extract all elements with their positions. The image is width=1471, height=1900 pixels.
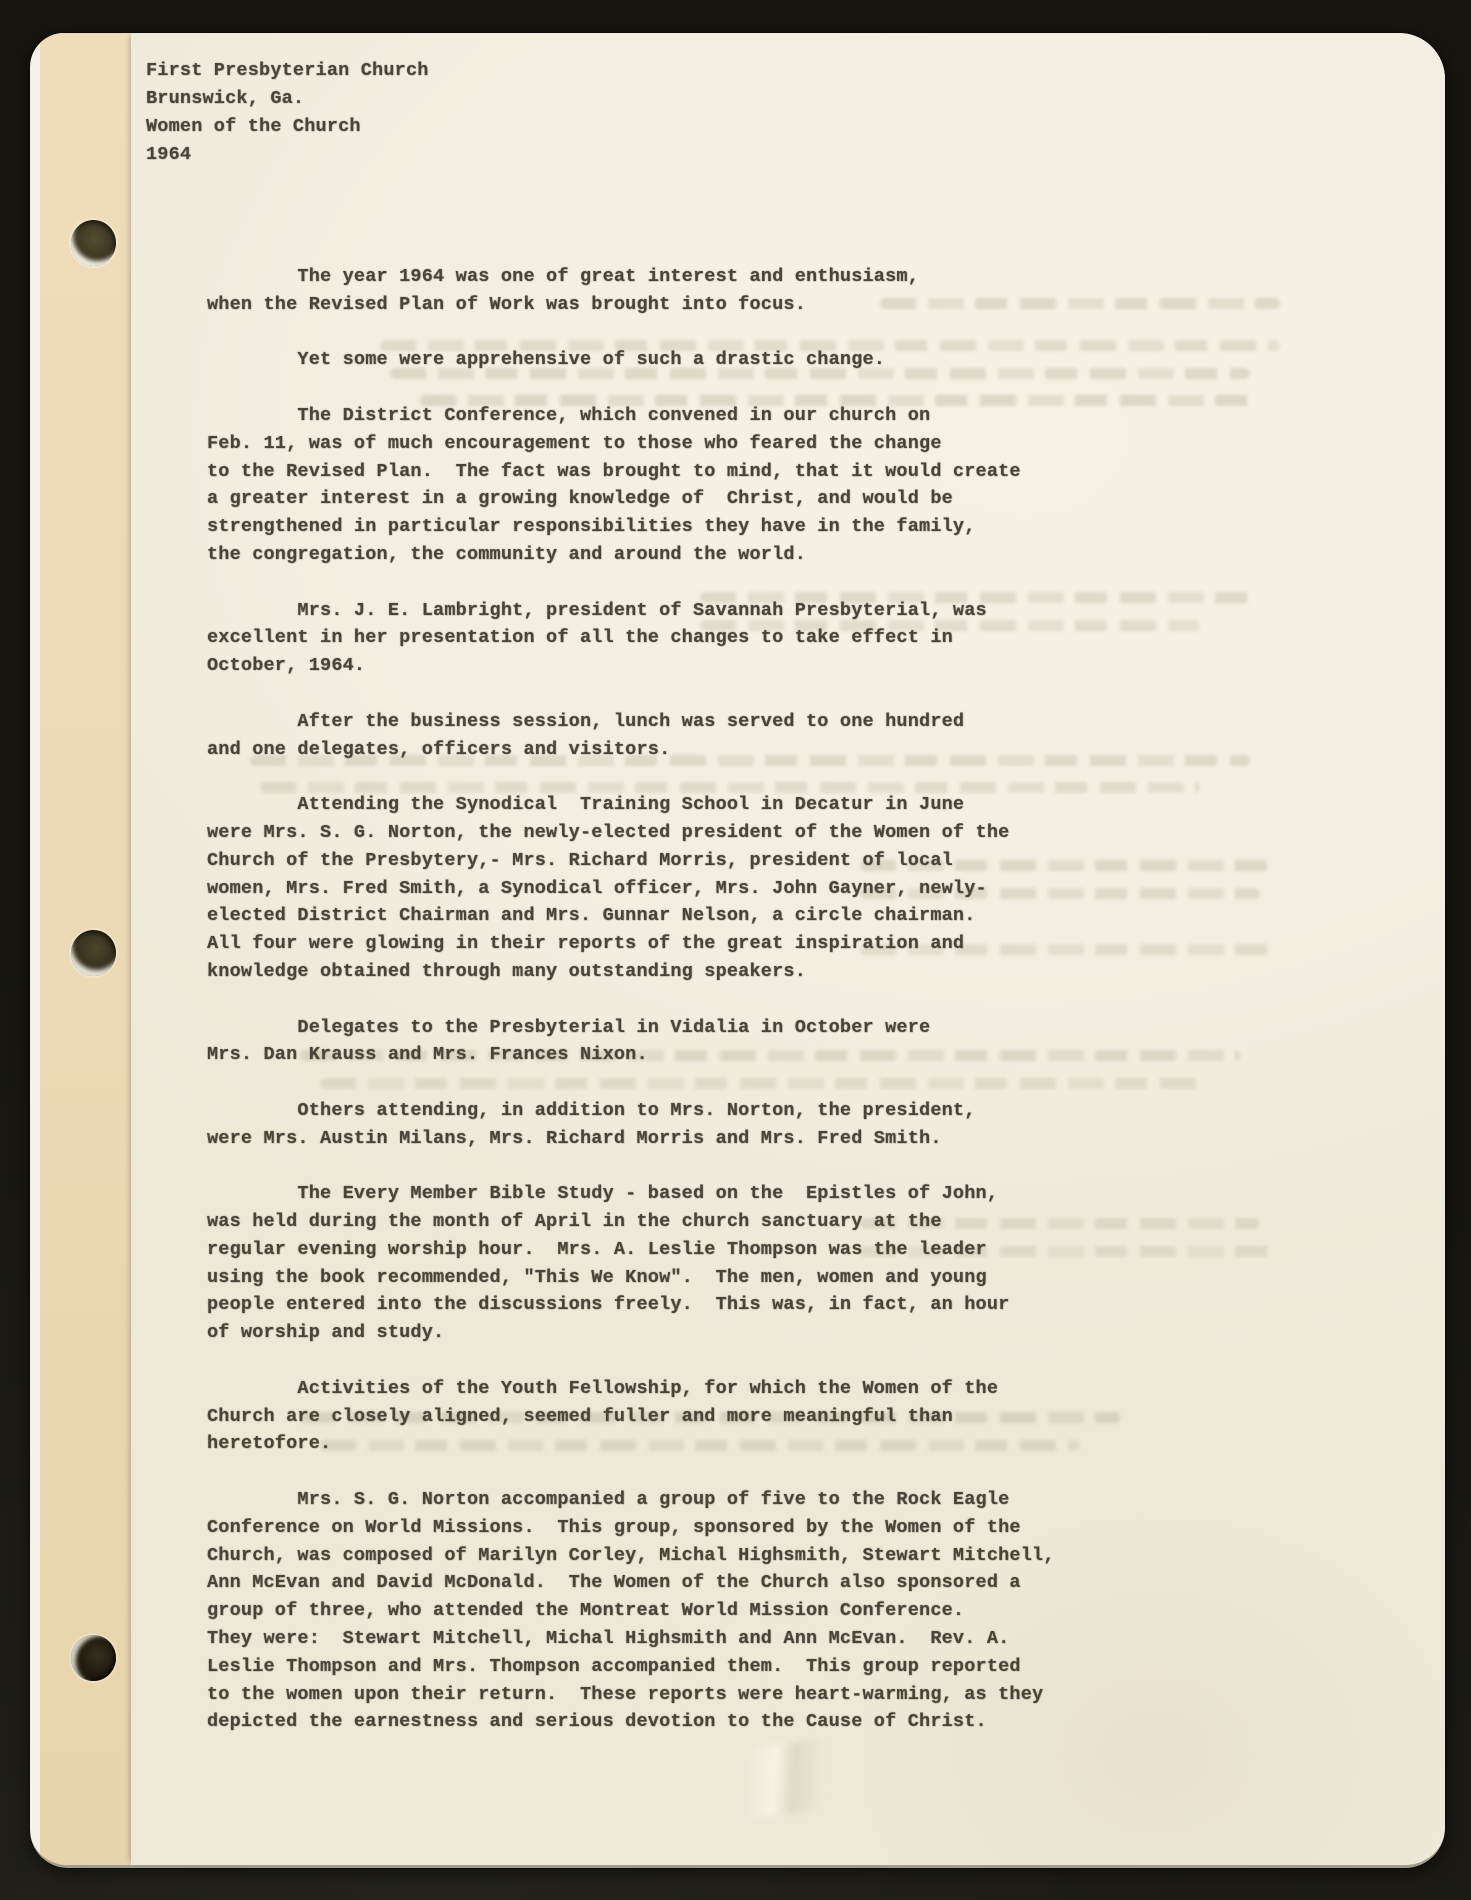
punch-hole-middle (71, 930, 116, 976)
binding-strip (40, 33, 131, 1865)
document-body: The year 1964 was one of great interest … (207, 263, 1055, 1736)
document-header: First Presbyterian Church Brunswick, Ga.… (146, 57, 429, 169)
paragraph: The Every Member Bible Study - based on … (207, 1180, 1055, 1347)
paragraph: Mrs. S. G. Norton accompanied a group of… (207, 1486, 1055, 1736)
paragraph: The year 1964 was one of great interest … (207, 263, 1055, 319)
paragraph: Yet some were apprehensive of such a dra… (207, 346, 1055, 374)
paragraph: Activities of the Youth Fellowship, for … (207, 1375, 1055, 1458)
paragraph: Others attending, in addition to Mrs. No… (207, 1097, 1055, 1153)
punch-hole-bottom (71, 1635, 116, 1681)
paragraph: Attending the Synodical Training School … (207, 791, 1055, 986)
typed-sheet: First Presbyterian Church Brunswick, Ga.… (131, 33, 1445, 1865)
scanned-document-photo: { "page": { "header": [ "First Presbyter… (0, 0, 1471, 1900)
paragraph: Mrs. J. E. Lambright, president of Savan… (207, 597, 1055, 680)
paragraph: The District Conference, which convened … (207, 402, 1055, 569)
paragraph: Delegates to the Presbyterial in Vidalia… (207, 1014, 1055, 1070)
punch-hole-top (71, 220, 116, 266)
paragraph: After the business session, lunch was se… (207, 708, 1055, 764)
album-page: First Presbyterian Church Brunswick, Ga.… (30, 33, 1445, 1868)
